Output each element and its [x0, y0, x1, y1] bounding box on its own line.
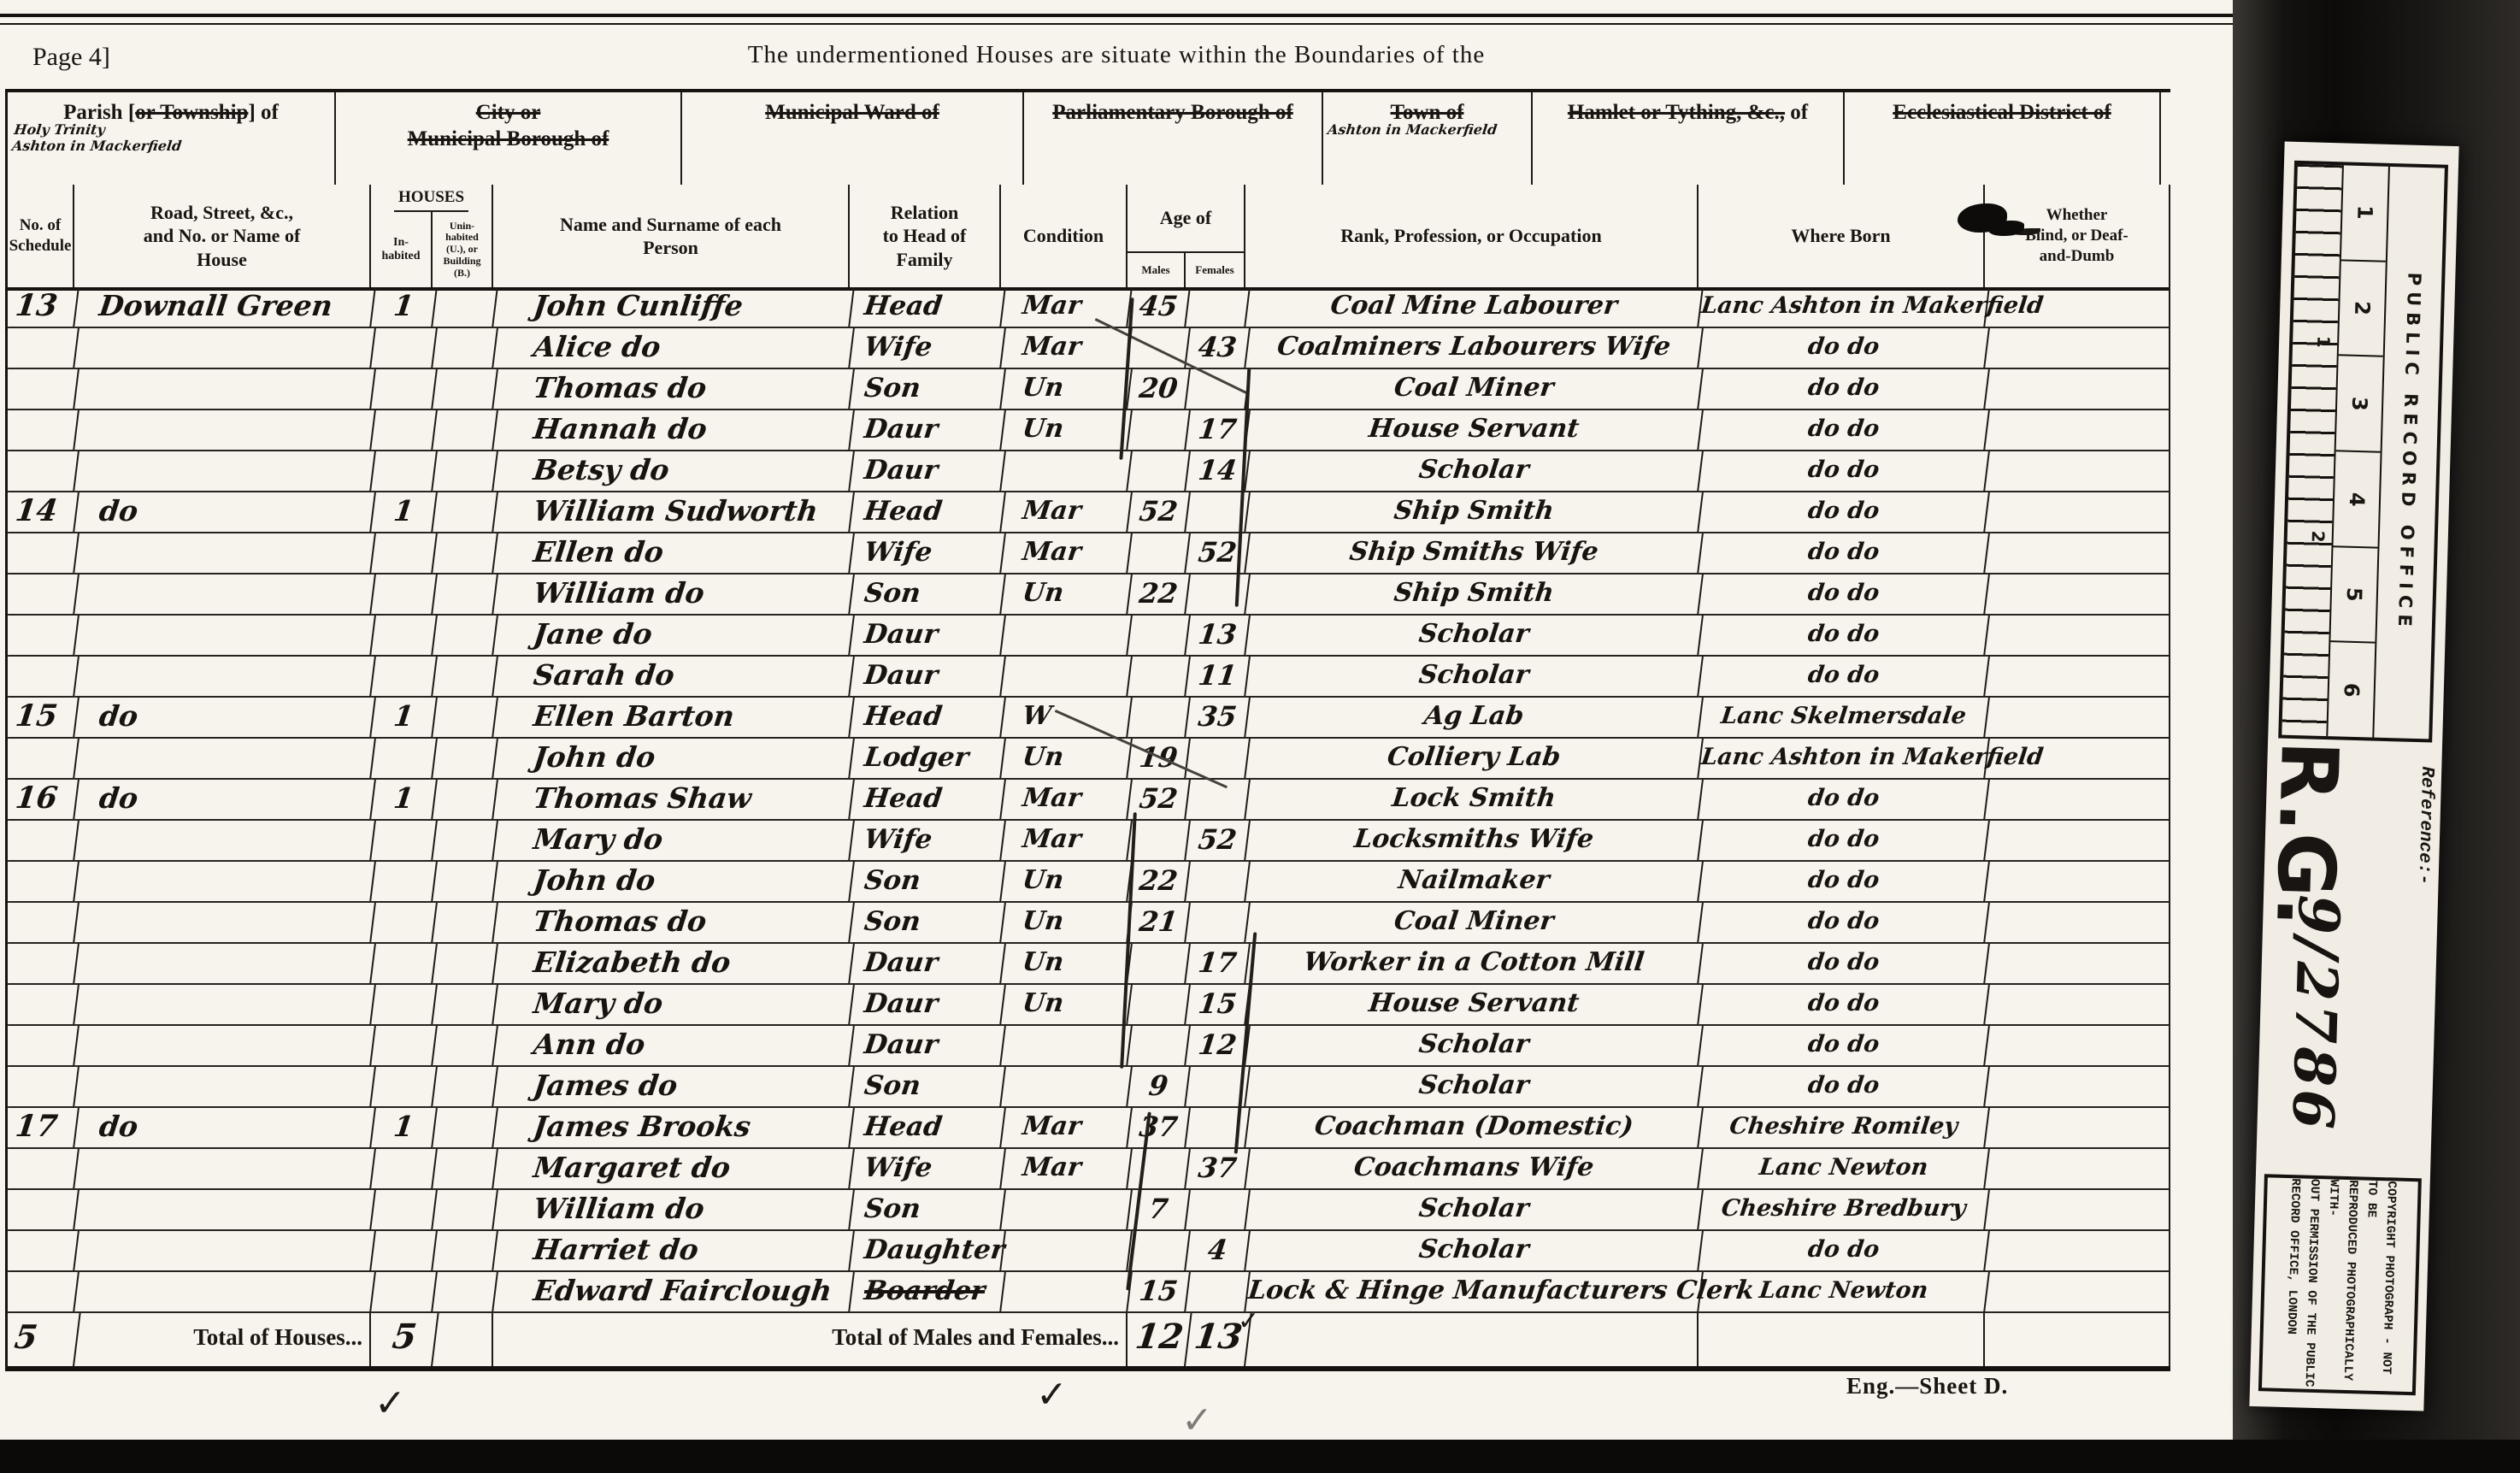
cell-road: [74, 1149, 376, 1190]
cell-occupation: Coal Miner: [1245, 369, 1704, 410]
cell-uninhabited: [433, 944, 498, 985]
cell-name: William do: [493, 1190, 855, 1231]
cell-inhabited: [371, 616, 438, 657]
col-header-houses: HOUSES: [394, 185, 468, 212]
cell-age-male: [1128, 1026, 1191, 1067]
page-title: The undermentioned Houses are situate wi…: [0, 41, 2233, 69]
check-mark: ✓: [1238, 1306, 1259, 1336]
cell-name: Alice do: [493, 328, 855, 369]
cell-road: [74, 903, 376, 944]
public-record-office-label: PUBLIC RECORD OFFICE: [2394, 273, 2425, 633]
cell-inhabited: [371, 1231, 438, 1272]
cell-relation: Daur: [850, 451, 1006, 492]
cell-age-male: [1128, 1231, 1191, 1272]
cell-uninhabited: [433, 1231, 498, 1272]
cell-uninhabited: [433, 657, 498, 698]
table-row: John do Son Un 22 Nailmaker do do: [8, 862, 2170, 903]
cell-occupation: Coal Mine Labourer: [1245, 287, 1704, 328]
cell-age-male: 21: [1128, 903, 1191, 944]
cell-uninhabited: [433, 1067, 498, 1108]
cell-where-born: do do: [1699, 616, 1990, 657]
copyright-notice: COPYRIGHT PHOTOGRAPH - NOT TO BE REPRODU…: [2280, 1178, 2401, 1392]
cell-schedule: [8, 369, 79, 410]
cell-road: [74, 739, 376, 780]
cell-schedule: [8, 1272, 79, 1313]
cell-relation: Daur: [850, 944, 1006, 985]
cell-schedule: 15: [8, 698, 79, 739]
cell-occupation: Ship Smiths Wife: [1245, 533, 1704, 574]
cell-uninhabited: [433, 1108, 498, 1149]
cell-condition: Mar: [1001, 287, 1133, 328]
total-males-value: 12: [1128, 1313, 1192, 1366]
table-row: Mary do Wife Mar 52 Locksmiths Wife do d…: [8, 821, 2170, 862]
cell-relation: Head: [850, 492, 1006, 533]
cell-road: [74, 862, 376, 903]
cell-condition: Un: [1001, 862, 1133, 903]
cell-age-female: [1186, 287, 1251, 328]
cell-inhabited: [371, 985, 438, 1026]
col-header-age-group: Age of Males Females: [1128, 185, 1245, 287]
cell-schedule: [8, 533, 79, 574]
cell-occupation: Ship Smith: [1245, 492, 1704, 533]
cell-where-born: do do: [1699, 1026, 1990, 1067]
col-header-road: Road, Street, &c., and No. or Name of Ho…: [74, 185, 371, 287]
table-row: Alice do Wife Mar 43 Coalminers Labourer…: [8, 328, 2170, 369]
district-cell: Ecclesiastical District of: [1845, 92, 2161, 188]
district-label-struck: Hamlet or Tything, &c.,: [1568, 101, 1785, 124]
cell-age-female: 17: [1186, 410, 1251, 451]
district-cell: Hamlet or Tything, &c., of: [1533, 92, 1845, 188]
cell-blind: [1985, 657, 2170, 698]
cell-inhabited: [371, 739, 438, 780]
cell-inhabited: 1: [371, 287, 438, 328]
cell-relation: Head: [850, 780, 1006, 821]
cell-age-male: [1128, 698, 1191, 739]
cell-blind: [1985, 328, 2170, 369]
cell-condition: Mar: [1001, 1108, 1133, 1149]
cell-uninhabited: [433, 616, 498, 657]
table-row: Mary do Daur Un 15 House Servant do do: [8, 985, 2170, 1026]
district-cell: Parish [or Township] of Holy Trinity Ash…: [8, 92, 336, 188]
cell-inhabited: [371, 1067, 438, 1108]
cell-road: do: [74, 780, 376, 821]
cell-schedule: [8, 574, 79, 616]
cell-where-born: do do: [1699, 574, 1990, 616]
cell-relation: Son: [850, 1067, 1006, 1108]
cell-name: James Brooks: [493, 1108, 855, 1149]
cell-occupation: Coachmans Wife: [1245, 1149, 1704, 1190]
table-row: 16 do 1 Thomas Shaw Head Mar 52 Lock Smi…: [8, 780, 2170, 821]
col-header-males: Males: [1128, 253, 1186, 287]
cell-condition: [1001, 1231, 1133, 1272]
cell-uninhabited: [433, 1026, 498, 1067]
ruler-scale: 1 2 1 2 3 4 5 6 PUBLIC RECORD OFFICE: [2278, 161, 2448, 743]
district-label-post: of: [1785, 101, 1808, 124]
cell-where-born: Lanc Newton: [1699, 1149, 1990, 1190]
sheet-footer: Eng.—Sheet D.: [1846, 1373, 2008, 1399]
cell-condition: Un: [1001, 574, 1133, 616]
cell-inhabited: [371, 533, 438, 574]
cell-inhabited: 1: [371, 492, 438, 533]
cell-road: [74, 1272, 376, 1313]
cell-condition: [1001, 657, 1133, 698]
cell-name: Sarah do: [493, 657, 855, 698]
cell-relation: Daur: [850, 616, 1006, 657]
district-label-struck: or Township: [135, 101, 248, 124]
cell-relation: Wife: [850, 821, 1006, 862]
col-header-where-born: Where Born: [1699, 185, 1985, 287]
cell-condition: [1001, 1026, 1133, 1067]
cell-road: do: [74, 492, 376, 533]
cell-where-born: Lanc Newton: [1699, 1272, 1990, 1313]
district-label-struck: City or Municipal Borough of: [408, 101, 609, 150]
cell-blind: [1985, 862, 2170, 903]
table-row: Margaret do Wife Mar 37 Coachmans Wife L…: [8, 1149, 2170, 1190]
cell-condition: Un: [1001, 985, 1133, 1026]
cell-where-born: Lanc Skelmersdale: [1699, 698, 1990, 739]
cell-schedule: [8, 1190, 79, 1231]
district-cell: Parliamentary Borough of: [1024, 92, 1323, 188]
cell-blind: [1985, 1067, 2170, 1108]
census-page-scan: Page 4] The undermentioned Houses are si…: [0, 0, 2520, 1473]
col-header-condition: Condition: [1001, 185, 1128, 287]
cell-condition: Un: [1001, 944, 1133, 985]
cell-where-born: do do: [1699, 903, 1990, 944]
total-of-houses-label: Total of Houses...: [74, 1313, 371, 1366]
cell-occupation: Worker in a Cotton Mill: [1245, 944, 1704, 985]
cell-where-born: do do: [1699, 780, 1990, 821]
cell-uninhabited: [433, 287, 498, 328]
cell-occupation: Scholar: [1245, 616, 1704, 657]
table-column-headers: No. of Schedule Road, Street, &c., and N…: [5, 185, 2170, 291]
cell-where-born: Cheshire Bredbury: [1699, 1190, 1990, 1231]
cell-age-female: 43: [1186, 328, 1251, 369]
cell-condition: W: [1001, 698, 1133, 739]
cell-where-born: do do: [1699, 369, 1990, 410]
cell-age-male: [1128, 821, 1191, 862]
totals-schedule-margin: 5: [8, 1313, 81, 1366]
cell-age-female: 17: [1186, 944, 1251, 985]
district-label-struck: Municipal Ward of: [765, 101, 939, 124]
cell-blind: [1985, 780, 2170, 821]
page-top-rule: [0, 14, 2233, 25]
district-label-struck: Ecclesiastical District of: [1893, 101, 2111, 124]
cell-occupation: Coachman (Domestic): [1245, 1108, 1704, 1149]
cell-condition: Un: [1001, 369, 1133, 410]
cell-name: Ellen Barton: [493, 698, 855, 739]
cell-where-born: do do: [1699, 944, 1990, 985]
table-row: Hannah do Daur Un 17 House Servant do do: [8, 410, 2170, 451]
cell-blind: [1985, 903, 2170, 944]
cell-road: [74, 574, 376, 616]
cell-name: Thomas do: [493, 369, 855, 410]
ruler-inch-mark: 1: [2313, 336, 2334, 349]
cell-where-born: Lanc Ashton in Makerfield: [1699, 739, 1990, 780]
cell-condition: Mar: [1001, 533, 1133, 574]
cell-age-male: [1128, 410, 1191, 451]
cell-uninhabited: [433, 410, 498, 451]
cell-where-born: do do: [1699, 985, 1990, 1026]
cell-relation: Daughter: [850, 1231, 1006, 1272]
cell-condition: Mar: [1001, 492, 1133, 533]
district-cell: City or Municipal Borough of: [336, 92, 682, 188]
cell-where-born: do do: [1699, 533, 1990, 574]
cell-where-born: do do: [1699, 1231, 1990, 1272]
cell-occupation: Lock Smith: [1245, 780, 1704, 821]
check-mark: ✓: [1181, 1399, 1213, 1442]
cell-name: John do: [493, 862, 855, 903]
ruler-cm-mark: 1: [2341, 165, 2388, 262]
cell-schedule: [8, 1231, 79, 1272]
col-header-rank: Rank, Profession, or Occupation: [1245, 185, 1699, 287]
cell-age-male: 15: [1128, 1272, 1191, 1313]
cell-name: John Cunliffe: [493, 287, 855, 328]
cell-blind: [1985, 451, 2170, 492]
cell-condition: Un: [1001, 903, 1133, 944]
ruler-cm-mark: 5: [2330, 547, 2377, 644]
cell-condition: [1001, 1067, 1133, 1108]
cell-uninhabited: [433, 821, 498, 862]
cell-schedule: [8, 944, 79, 985]
totals-empty-cell: [1245, 1313, 1699, 1366]
table-row: Betsy do Daur 14 Scholar do do: [8, 451, 2170, 492]
cell-relation: Son: [850, 862, 1006, 903]
cell-uninhabited: [433, 451, 498, 492]
cell-road: [74, 369, 376, 410]
district-label-post: ] of: [248, 101, 278, 124]
district-label: Parliamentary Borough of: [1024, 99, 1322, 126]
cell-relation: Wife: [850, 328, 1006, 369]
cell-age-female: [1186, 862, 1251, 903]
cell-road: [74, 1190, 376, 1231]
cell-name: James do: [493, 1067, 855, 1108]
cell-blind: [1985, 616, 2170, 657]
cell-schedule: 16: [8, 780, 79, 821]
cell-where-born: Cheshire Romiley: [1699, 1108, 1990, 1149]
table-row: James do Son 9 Scholar do do: [8, 1067, 2170, 1108]
cell-blind: [1985, 985, 2170, 1026]
totals-empty-cell: [1985, 1313, 2170, 1366]
cell-name: Thomas Shaw: [493, 780, 855, 821]
col-header-uninhabited: Unin- habited (U.), or Building (B.): [433, 212, 492, 287]
cell-schedule: [8, 1149, 79, 1190]
cell-name: Harriet do: [493, 1231, 855, 1272]
cell-road: [74, 1231, 376, 1272]
cell-where-born: Lanc Ashton in Makerfield: [1699, 287, 1990, 328]
cell-condition: [1001, 616, 1133, 657]
table-row: Thomas do Son Un 20 Coal Miner do do: [8, 369, 2170, 410]
table-row: Elizabeth do Daur Un 17 Worker in a Cott…: [8, 944, 2170, 985]
cell-uninhabited: [433, 862, 498, 903]
ruler-cm-mark: 4: [2333, 451, 2380, 548]
cell-where-born: do do: [1699, 657, 1990, 698]
table-row: Edward Fairclough Boarder 15 Lock & Hing…: [8, 1272, 2170, 1313]
cell-age-female: 4: [1186, 1231, 1251, 1272]
cell-schedule: [8, 328, 79, 369]
cell-road: [74, 410, 376, 451]
cell-name: Margaret do: [493, 1149, 855, 1190]
cell-occupation: Ship Smith: [1245, 574, 1704, 616]
cell-schedule: [8, 451, 79, 492]
cell-relation: Head: [850, 1108, 1006, 1149]
cell-uninhabited: [433, 492, 498, 533]
cell-blind: [1985, 944, 2170, 985]
cell-occupation: Nailmaker: [1245, 862, 1704, 903]
cell-uninhabited: [433, 780, 498, 821]
table-row: 14 do 1 William Sudworth Head Mar 52 Shi…: [8, 492, 2170, 533]
cell-uninhabited: [433, 328, 498, 369]
district-value-handwritten: Holy Trinity Ashton in Mackerfield: [11, 121, 339, 154]
cell-where-born: do do: [1699, 862, 1990, 903]
table-row: Ellen do Wife Mar 52 Ship Smiths Wife do…: [8, 533, 2170, 574]
cell-blind: [1985, 287, 2170, 328]
cell-name: Elizabeth do: [493, 944, 855, 985]
census-table-body: 13 Downall Green 1 John Cunliffe Head Ma…: [5, 287, 2170, 1313]
cell-age-male: 45: [1128, 287, 1191, 328]
cell-road: [74, 1026, 376, 1067]
cell-name: John do: [493, 739, 855, 780]
cell-schedule: 13: [8, 287, 79, 328]
district-header-band: Parish [or Township] of Holy Trinity Ash…: [5, 89, 2170, 191]
cell-relation: Daur: [850, 985, 1006, 1026]
cell-schedule: [8, 657, 79, 698]
cell-age-female: [1186, 574, 1251, 616]
col-header-females: Females: [1186, 253, 1244, 287]
col-header-relation: Relation to Head of Family: [850, 185, 1001, 287]
district-label-struck: Parliamentary Borough of: [1052, 101, 1292, 124]
cell-age-female: 11: [1186, 657, 1251, 698]
cell-blind: [1985, 574, 2170, 616]
cell-relation: Wife: [850, 1149, 1006, 1190]
cell-occupation: Scholar: [1245, 451, 1704, 492]
cell-relation: Daur: [850, 1026, 1006, 1067]
col-header-inhabited: In- habited: [371, 212, 433, 287]
public-record-office-card: 1 2 1 2 3 4 5 6 PUBLIC RECORD OFFICE R.G…: [2249, 141, 2458, 1411]
district-cell: Municipal Ward of: [682, 92, 1024, 188]
cell-age-female: [1186, 903, 1251, 944]
cell-relation: Son: [850, 1190, 1006, 1231]
cell-name: Hannah do: [493, 410, 855, 451]
copyright-notice-box: COPYRIGHT PHOTOGRAPH - NOT TO BE REPRODU…: [2258, 1174, 2422, 1395]
cell-age-female: [1186, 1190, 1251, 1231]
cell-schedule: [8, 903, 79, 944]
cell-occupation: Lock & Hinge Manufacturers Clerk: [1245, 1272, 1704, 1313]
cell-occupation: Ag Lab: [1245, 698, 1704, 739]
cell-uninhabited: [433, 1149, 498, 1190]
cell-age-female: [1186, 780, 1251, 821]
col-header-name: Name and Surname of each Person: [493, 185, 850, 287]
cell-road: [74, 821, 376, 862]
cell-condition: Mar: [1001, 328, 1133, 369]
cell-road: [74, 944, 376, 985]
cell-blind: [1985, 1190, 2170, 1231]
cell-inhabited: [371, 328, 438, 369]
cell-age-male: 19: [1128, 739, 1191, 780]
cell-age-male: 52: [1128, 780, 1191, 821]
col-header-blind: Whether Blind, or Deaf- and-Dumb: [1985, 185, 2170, 287]
cell-occupation: Scholar: [1245, 657, 1704, 698]
cell-occupation: Scholar: [1245, 1231, 1704, 1272]
cell-age-female: 35: [1186, 698, 1251, 739]
table-row: 13 Downall Green 1 John Cunliffe Head Ma…: [8, 287, 2170, 328]
cell-inhabited: 1: [371, 780, 438, 821]
cell-occupation: Coalminers Labourers Wife: [1245, 328, 1704, 369]
cell-schedule: 17: [8, 1108, 79, 1149]
cell-name: Ann do: [493, 1026, 855, 1067]
cell-age-male: 22: [1128, 862, 1191, 903]
table-row: Sarah do Daur 11 Scholar do do: [8, 657, 2170, 698]
cell-occupation: Scholar: [1245, 1190, 1704, 1231]
cell-uninhabited: [433, 1190, 498, 1231]
check-mark: ✓: [374, 1382, 406, 1425]
cell-schedule: [8, 1026, 79, 1067]
cell-uninhabited: [433, 369, 498, 410]
cell-where-born: do do: [1699, 410, 1990, 451]
cell-age-female: 15: [1186, 985, 1251, 1026]
ruler-cm-mark: 2: [2339, 261, 2386, 357]
cell-schedule: 14: [8, 492, 79, 533]
cell-uninhabited: [433, 1272, 498, 1313]
cell-blind: [1985, 739, 2170, 780]
cell-inhabited: [371, 1026, 438, 1067]
cell-condition: [1001, 1190, 1133, 1231]
cell-road: [74, 616, 376, 657]
cell-name: Ellen do: [493, 533, 855, 574]
cell-age-female: 13: [1186, 616, 1251, 657]
cell-age-male: 20: [1128, 369, 1191, 410]
cell-uninhabited: [433, 574, 498, 616]
total-of-houses-value: 5: [371, 1313, 439, 1366]
cell-inhabited: 1: [371, 1108, 438, 1149]
cell-occupation: Scholar: [1245, 1067, 1704, 1108]
cell-uninhabited: [433, 698, 498, 739]
cell-road: [74, 328, 376, 369]
page-head: Page 4] The undermentioned Houses are si…: [0, 34, 2233, 85]
col-header-age: Age of: [1128, 185, 1244, 251]
check-mark: ✓: [1036, 1373, 1068, 1417]
district-label: Hamlet or Tything, &c., of: [1533, 99, 1843, 126]
table-row: Thomas do Son Un 21 Coal Miner do do: [8, 903, 2170, 944]
cell-schedule: [8, 821, 79, 862]
col-header-houses-group: HOUSES In- habited Unin- habited (U.), o…: [371, 185, 493, 287]
cell-age-female: 37: [1186, 1149, 1251, 1190]
cell-name: Edward Fairclough: [493, 1272, 855, 1313]
cell-condition: [1001, 451, 1133, 492]
cell-occupation: House Servant: [1245, 410, 1704, 451]
cell-inhabited: [371, 1190, 438, 1231]
cell-age-male: [1128, 944, 1191, 985]
cell-name: Jane do: [493, 616, 855, 657]
cell-occupation: Colliery Lab: [1245, 739, 1704, 780]
cell-relation: Wife: [850, 533, 1006, 574]
cell-age-male: [1128, 985, 1191, 1026]
cell-uninhabited: [433, 985, 498, 1026]
cell-road: [74, 451, 376, 492]
table-row: Ann do Daur 12 Scholar do do: [8, 1026, 2170, 1067]
cell-schedule: [8, 616, 79, 657]
cell-where-born: do do: [1699, 492, 1990, 533]
cell-inhabited: [371, 944, 438, 985]
cell-road: [74, 657, 376, 698]
scan-bottom-edge: [0, 1440, 2520, 1473]
cell-name: Betsy do: [493, 451, 855, 492]
cell-occupation: Coal Miner: [1245, 903, 1704, 944]
cell-condition: Un: [1001, 739, 1133, 780]
cell-inhabited: [371, 410, 438, 451]
cell-blind: [1985, 1026, 2170, 1067]
district-label: City or Municipal Borough of: [336, 99, 680, 153]
cell-uninhabited: [433, 533, 498, 574]
